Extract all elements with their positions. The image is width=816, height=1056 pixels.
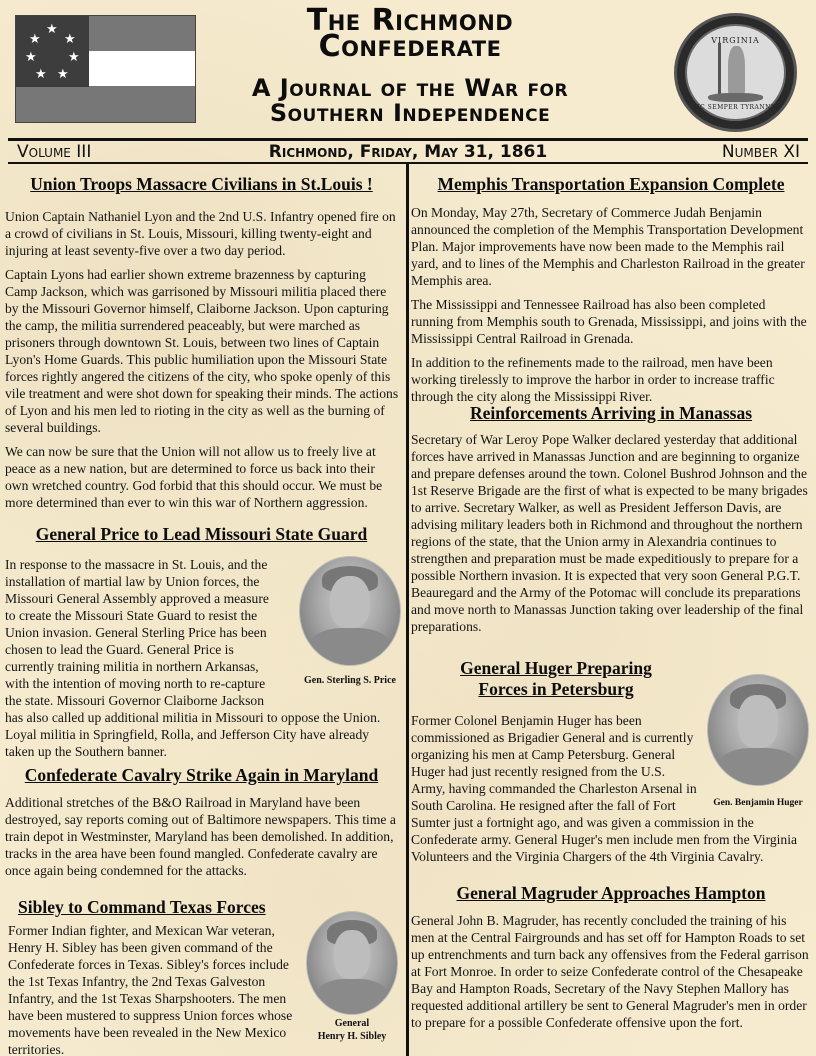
newspaper-subtitle-line2: Southern Independence: [200, 101, 620, 126]
article-paragraph: Former Indian fighter, and Mexican War v…: [8, 922, 295, 1056]
portrait-caption: General Henry H. Sibley: [299, 1017, 405, 1043]
article-paragraph: Secretary of War Leroy Pope Walker decla…: [411, 431, 811, 635]
issue-number: Number XI: [722, 142, 800, 162]
article-paragraph: In addition to the refinements made to t…: [411, 354, 811, 405]
dateline: Volume III Richmond, Friday, May 31, 186…: [0, 141, 816, 162]
article-headline: Memphis Transportation Expansion Complet…: [411, 174, 811, 195]
article-cavalry-maryland: Confederate Cavalry Strike Again in Mary…: [3, 765, 400, 879]
article-paragraph: On Monday, May 27th, Secretary of Commer…: [411, 204, 811, 289]
title-block: The Richmond Confederate A Journal of th…: [200, 8, 620, 126]
newspaper-subtitle-line1: A Journal of the War for: [200, 76, 620, 101]
article-headline: Union Troops Massacre Civilians in St.Lo…: [3, 174, 400, 195]
article-st-louis-massacre: Union Troops Massacre Civilians in St.Lo…: [3, 174, 400, 511]
article-sibley-texas: Sibley to Command Texas Forces General H…: [3, 897, 400, 1056]
article-headline: General Price to Lead Missouri State Gua…: [3, 524, 400, 545]
column-divider: [406, 162, 409, 1056]
newspaper-title-line2: Confederate: [200, 34, 620, 60]
article-paragraph: General John B. Magruder, has recently c…: [411, 912, 811, 1031]
article-headline: General Huger Preparing Forces in Peters…: [411, 658, 701, 700]
confederate-flag-icon: ★ ★ ★ ★ ★ ★ ★: [15, 15, 196, 123]
article-magruder-hampton: General Magruder Approaches Hampton Gene…: [411, 883, 811, 1031]
henry-sibley-portrait: [306, 911, 398, 1015]
article-paragraph: Union Captain Nathaniel Lyon and the 2nd…: [5, 208, 400, 259]
article-huger-petersburg: General Huger Preparing Forces in Peters…: [411, 658, 811, 865]
article-paragraph: Additional stretches of the B&O Railroad…: [5, 794, 400, 879]
article-headline: Confederate Cavalry Strike Again in Mary…: [3, 765, 400, 786]
article-headline: General Magruder Approaches Hampton: [411, 883, 811, 904]
seal-top-text: VIRGINIA: [687, 36, 784, 45]
seal-motto-text: SIC SEMPER TYRANNIS: [687, 104, 784, 111]
portrait-caption: Gen. Sterling S. Price: [291, 674, 409, 687]
article-memphis-transportation: Memphis Transportation Expansion Complet…: [411, 174, 811, 405]
issue-date: Richmond, Friday, May 31, 1861: [0, 142, 816, 162]
sterling-price-portrait: [299, 556, 401, 666]
masthead: ★ ★ ★ ★ ★ ★ ★ The Richmond Confederate A…: [0, 0, 816, 140]
virginia-seal-icon: VIRGINIA SIC SEMPER TYRANNIS: [674, 13, 797, 132]
flag-canton: ★ ★ ★ ★ ★ ★ ★: [16, 16, 89, 87]
benjamin-huger-portrait: [707, 674, 809, 786]
article-paragraph: The Mississippi and Tennessee Railroad h…: [411, 296, 811, 347]
article-headline: Reinforcements Arriving in Manassas: [411, 403, 811, 424]
article-paragraph: We can now be sure that the Union will n…: [5, 443, 400, 511]
portrait-caption: Gen. Benjamin Huger: [699, 797, 816, 810]
article-general-price: General Price to Lead Missouri State Gua…: [3, 524, 400, 760]
newspaper-page: ★ ★ ★ ★ ★ ★ ★ The Richmond Confederate A…: [0, 0, 816, 1056]
article-manassas-reinforcements: Reinforcements Arriving in Manassas Secr…: [411, 403, 811, 635]
article-paragraph: Captain Lyons had earlier shown extreme …: [5, 266, 400, 436]
